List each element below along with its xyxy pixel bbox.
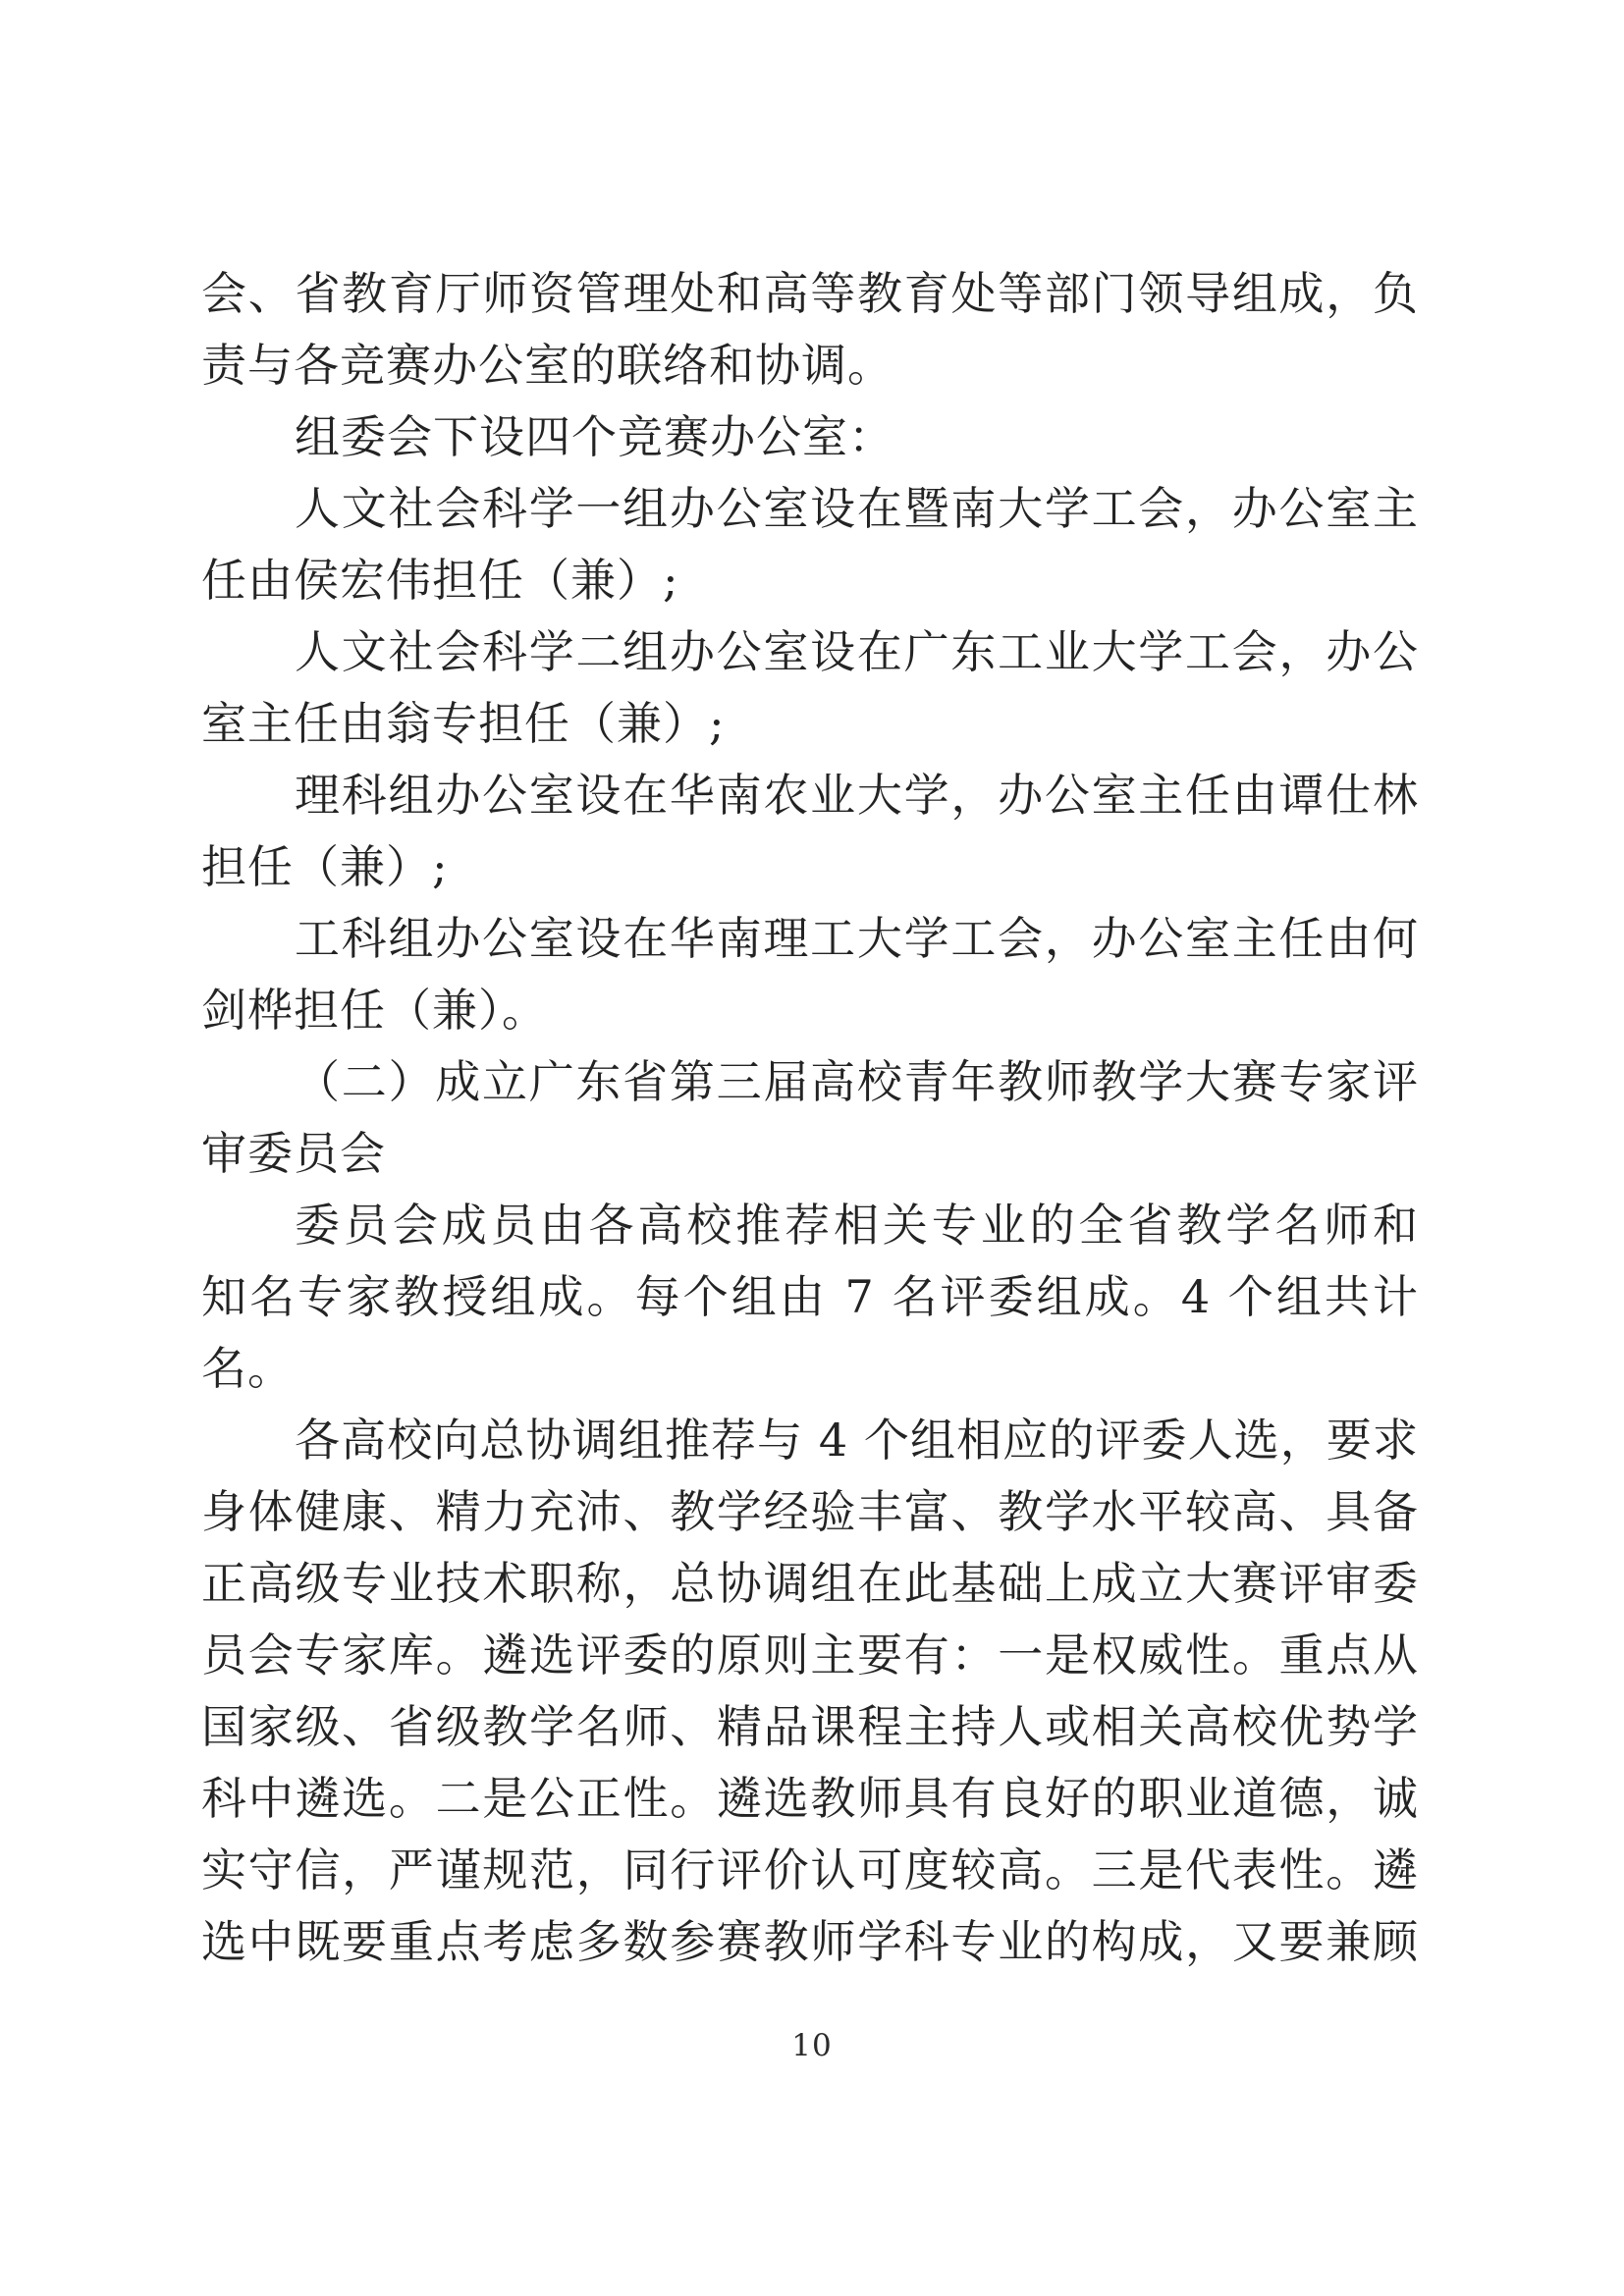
document-text-block: 会、省教育厅师资管理处和高等教育处等部门领导组成，负 责与各竞赛办公室的联络和协… xyxy=(201,258,1419,1978)
text-line: 人文社会科学一组办公室设在暨南大学工会，办公室主 xyxy=(201,473,1419,545)
text-line: 任由侯宏伟担任（兼）; xyxy=(201,545,1419,616)
text-line: 人文社会科学二组办公室设在广东工业大学工会，办公 xyxy=(201,616,1419,688)
section-heading-line: （二）成立广东省第三届高校青年教师教学大赛专家评 xyxy=(201,1046,1419,1118)
text-line: 室主任由翁专担任（兼）; xyxy=(201,688,1419,760)
text-line: 知名专家教授组成。每个组由 7 名评委组成。4 个组共计 28 xyxy=(201,1261,1419,1333)
text-line: 组委会下设四个竞赛办公室： xyxy=(201,401,1419,473)
text-line: 会、省教育厅师资管理处和高等教育处等部门领导组成，负 xyxy=(201,258,1419,330)
text-line: 工科组办公室设在华南理工大学工会，办公室主任由何 xyxy=(201,903,1419,975)
text-line: 实守信，严谨规范，同行评价认可度较高。三是代表性。遴 xyxy=(201,1835,1419,1906)
text-line: 各高校向总协调组推荐与 4 个组相应的评委人选，要求 xyxy=(201,1405,1419,1476)
text-line: 责与各竞赛办公室的联络和协调。 xyxy=(201,330,1419,401)
text-line: 委员会成员由各高校推荐相关专业的全省教学名师和 xyxy=(201,1190,1419,1261)
text-line: 国家级、省级教学名师、精品课程主持人或相关高校优势学 xyxy=(201,1691,1419,1763)
section-heading-line: 审委员会 xyxy=(201,1118,1419,1190)
document-page: 会、省教育厅师资管理处和高等教育处等部门领导组成，负 责与各竞赛办公室的联络和协… xyxy=(0,0,1624,2296)
text-line: 剑桦担任（兼）。 xyxy=(201,975,1419,1046)
text-line: 名。 xyxy=(201,1333,1419,1405)
text-line: 选中既要重点考虑多数参赛教师学科专业的构成，又要兼顾 xyxy=(201,1906,1419,1978)
text-line: 理科组办公室设在华南农业大学，办公室主任由谭仕林 xyxy=(201,760,1419,831)
text-line: 担任（兼）; xyxy=(201,831,1419,903)
text-line: 员会专家库。遴选评委的原则主要有：一是权威性。重点从 xyxy=(201,1620,1419,1691)
text-line: 正高级专业技术职称，总协调组在此基础上成立大赛评审委 xyxy=(201,1548,1419,1620)
text-line: 身体健康、精力充沛、教学经验丰富、教学水平较高、具备 xyxy=(201,1476,1419,1548)
text-line: 科中遴选。二是公正性。遴选教师具有良好的职业道德，诚 xyxy=(201,1763,1419,1835)
page-number: 10 xyxy=(0,2028,1624,2063)
